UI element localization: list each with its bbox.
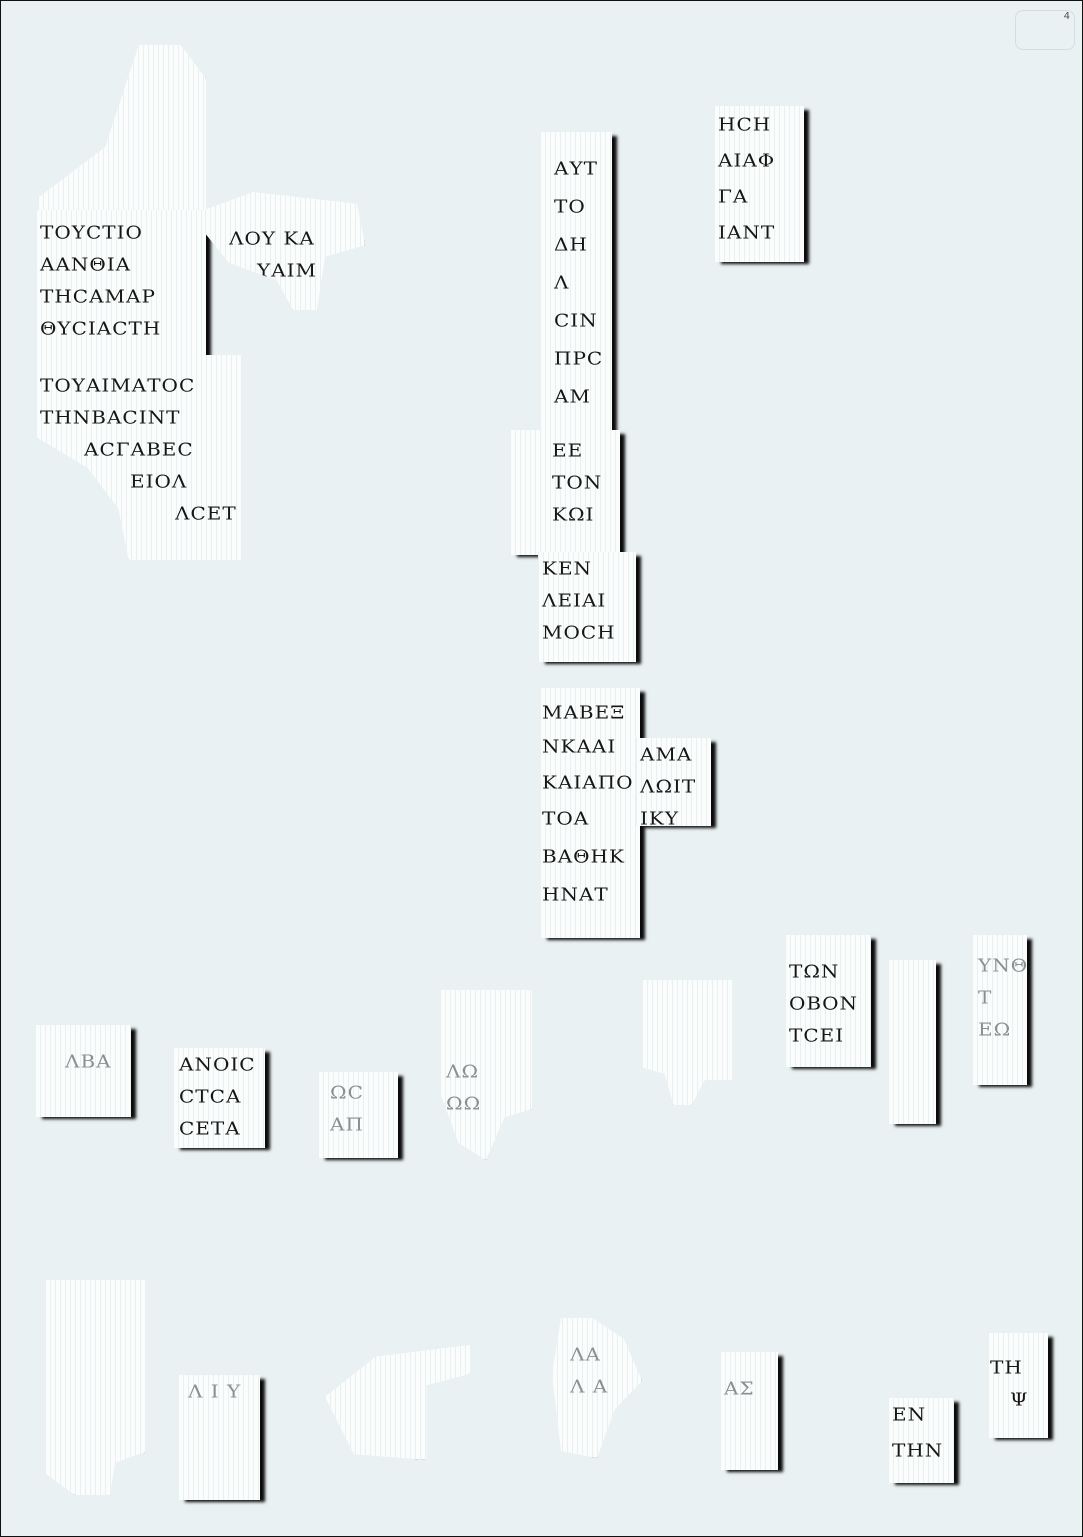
papyrus-fragment-c-bottom: ΚΕΝ ΛΕΙΑΙ ΜΟCΗ xyxy=(538,552,636,662)
fragment-line: ΗΝΑΤ xyxy=(542,880,640,909)
fragment-line: ΤΗΝ xyxy=(892,1436,954,1465)
fragment-line: ΛΟΥ ΚΑ xyxy=(229,224,365,253)
fragment-line: ΤΟΝ xyxy=(552,468,620,497)
fragment-line: ΗCΗ xyxy=(718,110,804,139)
fragment-line: CIN xyxy=(554,306,612,335)
fragment-line: Λ xyxy=(554,268,612,297)
fragment-line: ΤΟ xyxy=(554,192,612,221)
fragment-line: CΤCΑ xyxy=(179,1082,265,1111)
papyrus-fragment-c-lower: ΕΕ ΤΟΝ ΚΩΙ xyxy=(510,430,620,555)
fragment-line: ΔΗ xyxy=(554,230,612,259)
fragment-line: ΛΕΙΑΙ xyxy=(542,586,636,615)
papyrus-fragment-m xyxy=(888,960,936,1124)
papyrus-fragment-d: ΗCΗ ΑΙΑΦ ΓΑ ΙΑΝΤ xyxy=(714,106,804,262)
fragment-line: ΛΩ xyxy=(446,1057,532,1086)
papyrus-fragment-f: ΑΜΑ ΛΩΙΤ ΙΚΥ xyxy=(636,738,711,826)
fragment-line: ΛΩΙΤ xyxy=(640,772,711,801)
papyrus-fragment-n: ΥΝΘ Τ ΕΩ xyxy=(972,935,1027,1085)
fragment-line: ΑΣ xyxy=(724,1374,778,1403)
papyrus-fragment-g: ΛΒΑ xyxy=(35,1025,131,1117)
papyrus-fragment-s: ΑΣ xyxy=(720,1352,778,1470)
fragment-line: ΑΥΤ xyxy=(554,154,612,183)
fragment-line: ΙΑΝΤ xyxy=(718,218,804,247)
papyrus-fragment-i: ΩC ΑΠ xyxy=(318,1072,398,1158)
fragment-line: ΤΟΥCΤΙΟ xyxy=(40,218,206,247)
fragment-line: ΛΒΑ xyxy=(65,1047,131,1076)
fragment-line: ΚΑΙΑΠΟ xyxy=(542,768,640,797)
fragment-line: ΜΟCΗ xyxy=(542,618,636,647)
fragment-line: ΘΥCΙΑCΤΗ xyxy=(40,314,206,343)
fragment-line: ΑΝΟΙC xyxy=(179,1050,265,1079)
fragment-line: ΙΚΥ xyxy=(640,804,711,833)
fragment-line: ΤΗ xyxy=(990,1353,1048,1382)
fragment-line: ΠΡC xyxy=(554,344,612,373)
papyrus-fragment-e: ΜΑΒΕΞ ΝΚΑΑΙ ΚΑΙΑΠΟ ΤΟΑ ΒΑΘΗΚ ΗΝΑΤ xyxy=(540,688,640,938)
fragment-line: ΝΚΑΑΙ xyxy=(542,732,640,761)
fragment-line: Ψ xyxy=(990,1385,1048,1414)
papyrus-fragment-h: ΑΝΟΙC CΤCΑ CΕΤΑ xyxy=(173,1048,265,1148)
fragment-line: ΤΗΝΒΑCΙΝΤ xyxy=(40,403,242,432)
papyrus-fragment-p: Λ Ι Υ xyxy=(178,1375,260,1500)
fragment-line: ΑΜΑ xyxy=(640,740,711,769)
fragment-line: ΤΩΝ xyxy=(789,957,871,986)
fragment-line: ΤΟΥΑΙΜΑΤΟC xyxy=(40,371,242,400)
fragment-line: Τ xyxy=(978,983,1027,1012)
corner-mark: 4 xyxy=(1015,10,1075,50)
fragment-line: ΑΜ xyxy=(554,382,612,411)
fragment-line: ΕΝ xyxy=(892,1400,954,1429)
fragment-line: Λ Ι Υ xyxy=(188,1377,260,1406)
papyrus-fragment-c: ΑΥΤ ΤΟ ΔΗ Λ CIN ΠΡC ΑΜ xyxy=(540,132,612,432)
fragment-line: CΕΤΑ xyxy=(179,1114,265,1143)
fragment-line: ΚΕΝ xyxy=(542,554,636,583)
fragment-line: ΑΙΑΦ xyxy=(718,146,804,175)
fragment-line: ΥΝΘ xyxy=(978,951,1027,980)
papyrus-fragment-a-text: ΤΟΥCΤΙΟ ΑΑΝΘΙΑ ΤΗCΑΜΑΡ ΘΥCΙΑCΤΗ xyxy=(36,210,206,360)
fragment-line: ΚΩΙ xyxy=(552,500,620,529)
fragment-line: ΕΩ xyxy=(978,1015,1027,1044)
fragment-line: ΜΑΒΕΞ xyxy=(542,698,640,727)
fragment-line: ΑΠ xyxy=(330,1110,398,1139)
papyrus-fragment-l: ΤΩΝ ΟΒΟΝ ΤCΕΙ xyxy=(785,935,871,1067)
fragment-line: ΟΒΟΝ xyxy=(789,989,871,1018)
fragment-line: ΓΑ xyxy=(718,182,804,211)
fragment-line: ΤΟΑ xyxy=(542,804,640,833)
fragment-line: ΤΗCΑΜΑΡ xyxy=(40,282,206,311)
fragment-line: ΤCΕΙ xyxy=(789,1021,871,1050)
papyrus-fragment-t: ΕΝ ΤΗΝ xyxy=(888,1398,954,1483)
fragment-line: ΒΑΘΗΚ xyxy=(542,842,640,871)
fragment-line: ΑΑΝΘΙΑ xyxy=(40,250,206,279)
fragment-line: ΩC xyxy=(330,1078,398,1107)
fragment-line: ΕΕ xyxy=(552,436,620,465)
papyrus-fragment-u: ΤΗ Ψ xyxy=(988,1333,1048,1438)
